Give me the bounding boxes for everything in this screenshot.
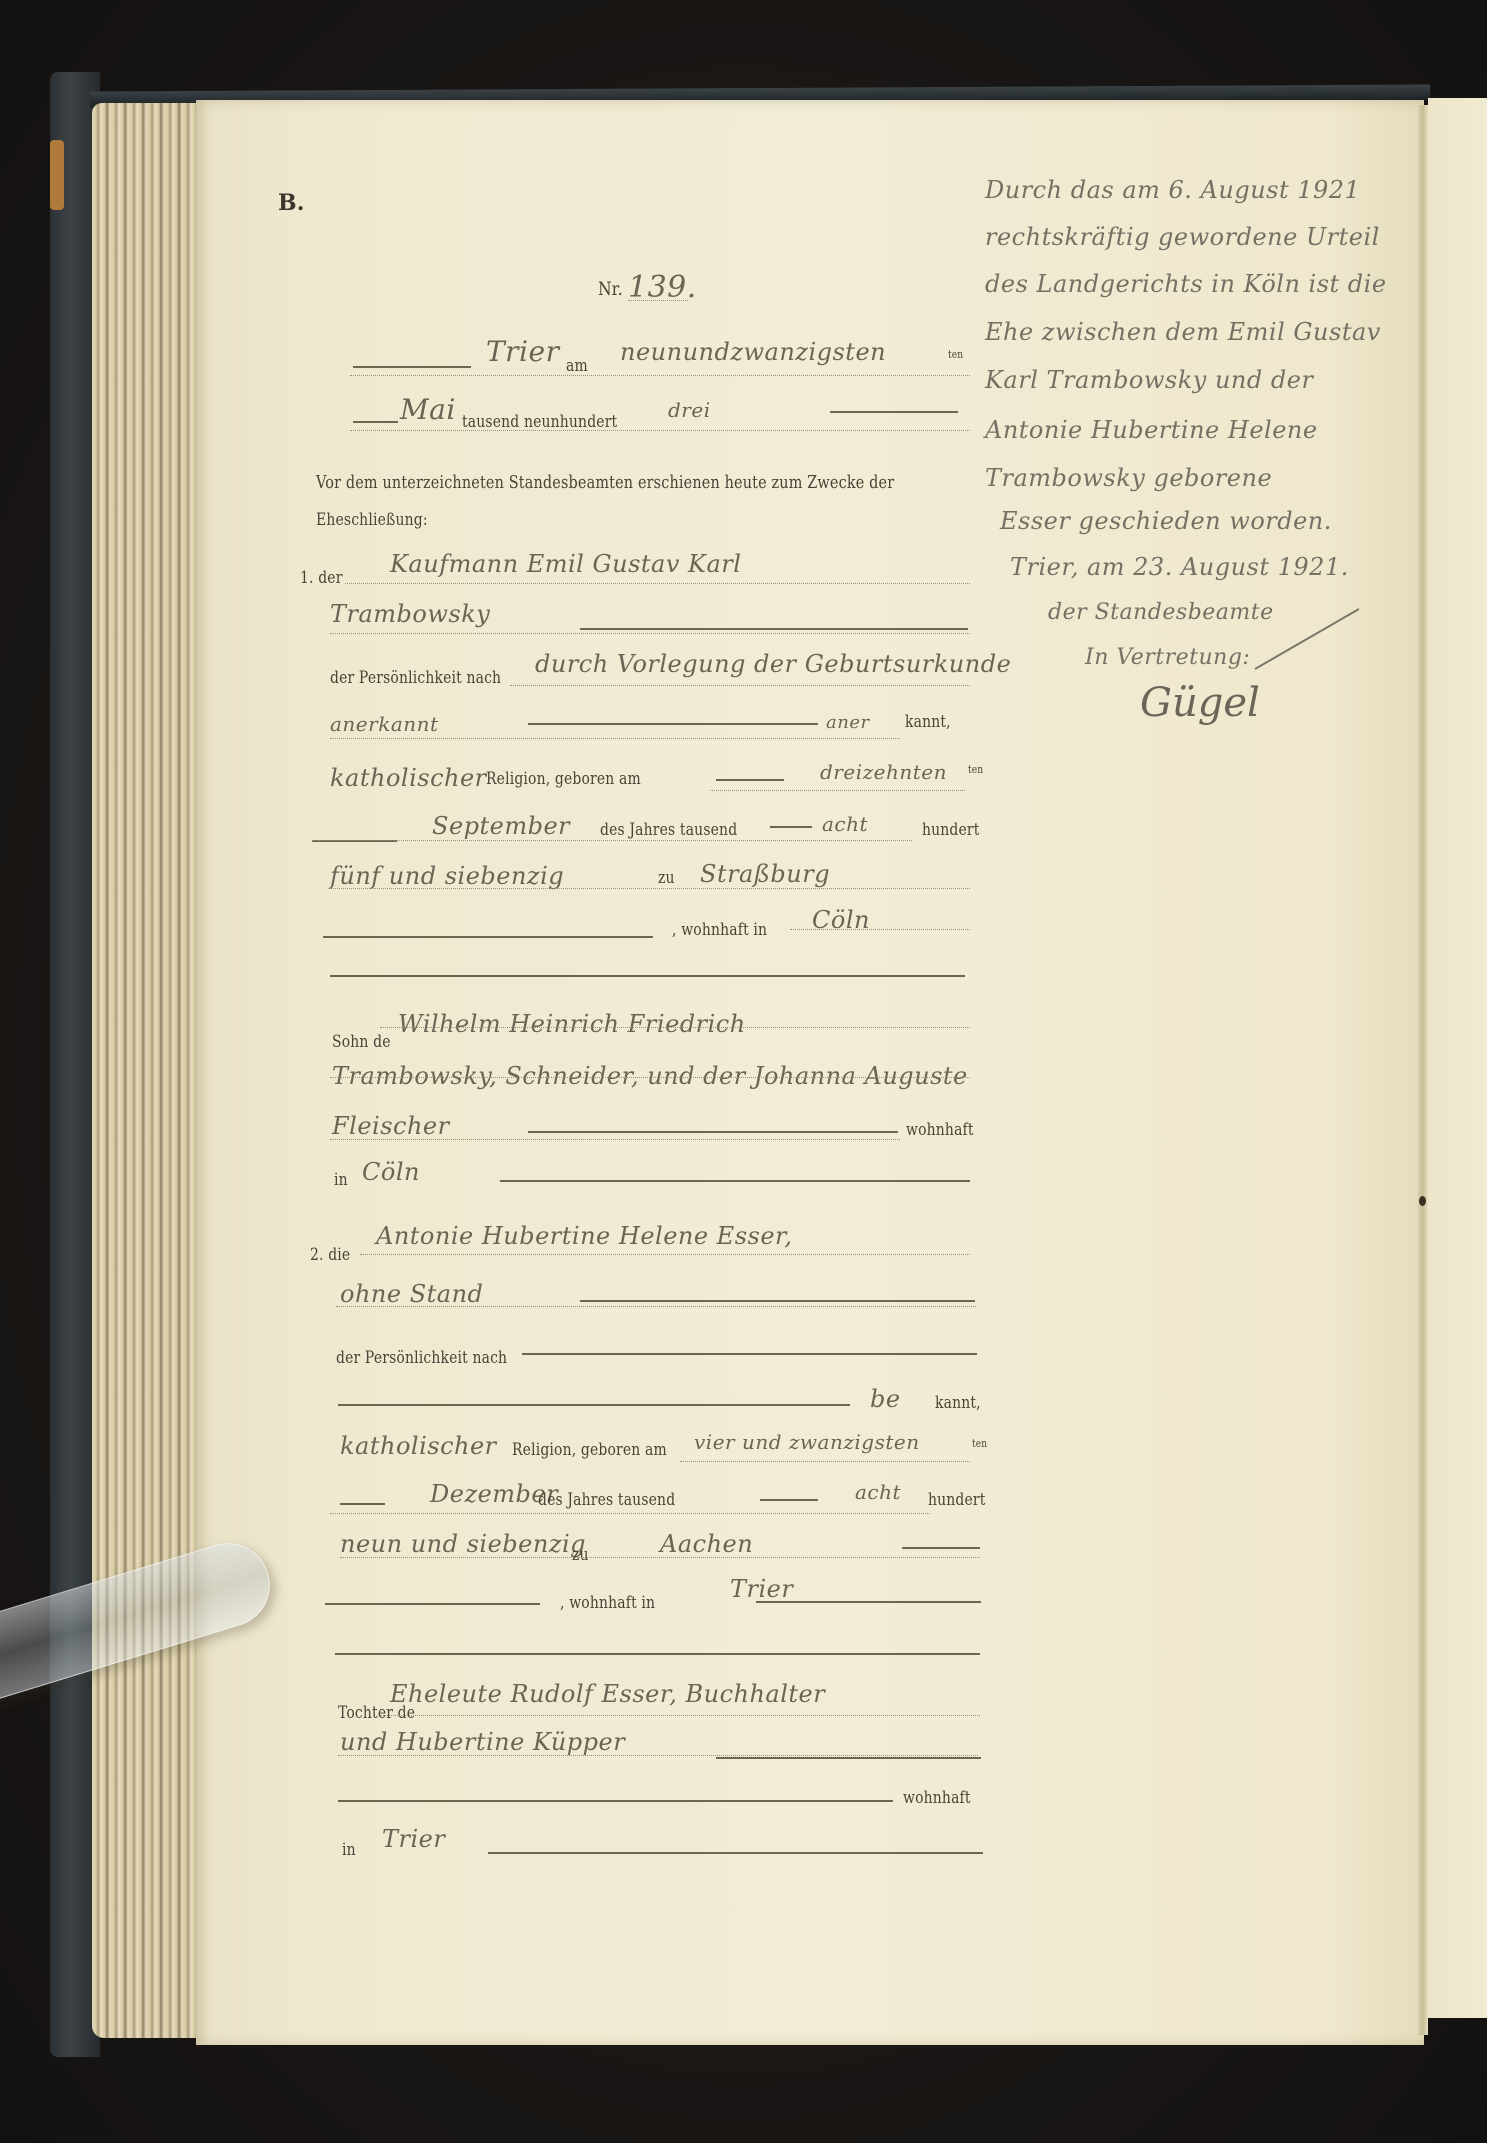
person1-parents-line-3: Fleischer	[332, 1112, 450, 1140]
person2-parents-residence-label: wohnhaft	[903, 1788, 971, 1808]
person1-name-line-1: Kaufmann Emil Gustav Karl	[390, 550, 741, 578]
person2-identity-fill-1	[522, 1353, 977, 1355]
person1-hundred-label: hundert	[922, 820, 980, 840]
person2-in-label: in	[342, 1840, 356, 1860]
intro-line-2: Eheschließung:	[316, 510, 428, 530]
margin-note-line-9: Trier, am 23. August 1921.	[1010, 553, 1349, 581]
person1-parents-residence: Cöln	[362, 1158, 420, 1186]
margin-note-line-7: Trambowsky geborene	[985, 464, 1272, 492]
person1-century-fill	[770, 826, 812, 828]
person1-residence-fill-2	[330, 975, 965, 977]
margin-note-line-10: der Standesbeamte	[1048, 600, 1274, 625]
person1-number-label: 1. der	[300, 568, 343, 588]
person1-residence-label: , wohnhaft in	[672, 920, 767, 940]
person2-parents-line-1: Eheleute Rudolf Esser, Buchhalter	[390, 1680, 825, 1708]
person1-parents-line-1: Wilhelm Heinrich Friedrich	[398, 1010, 746, 1038]
person1-in-label: in	[334, 1170, 348, 1190]
person1-identity-label: der Persönlichkeit nach	[330, 668, 501, 688]
person1-residence-fill	[323, 936, 653, 938]
person2-identity-fill-2	[338, 1404, 850, 1406]
person1-religion: katholischer	[330, 764, 487, 792]
margin-note-line-11: In Vertretung:	[1085, 645, 1250, 670]
person2-month-fill	[340, 1503, 385, 1505]
person1-identity-rule-2	[330, 738, 900, 739]
person1-parents-rule-1	[380, 1027, 970, 1028]
header-year-label: tausend neunhundert	[462, 412, 617, 432]
person2-name-line-1: Antonie Hubertine Helene Esser,	[376, 1222, 793, 1250]
person1-identity-fill	[528, 723, 818, 725]
header-line-fill-2	[353, 421, 398, 423]
margin-note-line-1: Durch das am 6. August 1921	[985, 176, 1360, 204]
person2-residence-label: , wohnhaft in	[560, 1593, 655, 1613]
person2-birth-year-words: neun und siebenzig	[340, 1530, 586, 1558]
person2-birthplace-rule	[340, 1557, 980, 1558]
person1-parents-residence-label: wohnhaft	[906, 1120, 974, 1140]
person2-name-rule-2	[336, 1306, 976, 1307]
section-letter: B.	[278, 190, 305, 216]
person1-parents-fill	[528, 1131, 898, 1133]
person1-ten-suffix: ten	[968, 763, 983, 776]
margin-note-line-8: Esser geschieden worden.	[1000, 507, 1332, 535]
person1-identity-line-1: durch Vorlegung der Geburtsurkunde	[535, 650, 1011, 678]
person2-name-rule-1	[360, 1254, 970, 1255]
person1-known-label: kannt,	[905, 712, 951, 732]
person2-identity-label: der Persönlichkeit nach	[336, 1348, 507, 1368]
person1-parents-residence-fill	[500, 1180, 970, 1182]
header-line-1	[350, 375, 970, 376]
header-line-fill-3	[830, 411, 958, 413]
header-month: Mai	[400, 393, 456, 426]
book-cover-damage	[50, 140, 64, 210]
margin-note-line-6: Antonie Hubertine Helene	[985, 416, 1318, 444]
intro-line-1: Vor dem unterzeichneten Standesbeamten e…	[316, 472, 894, 493]
book-gutter	[1418, 105, 1428, 2035]
header-am-label: am	[566, 356, 588, 376]
stacked-page-edges	[92, 103, 202, 2038]
person2-identity-suffix: be	[870, 1385, 901, 1413]
person1-century: acht	[822, 812, 868, 836]
header-line-2	[350, 430, 970, 431]
person1-religion-label: Religion, geboren am	[486, 769, 641, 789]
person1-name-line-2: Trambowsky	[330, 600, 490, 628]
person1-residence-rule	[790, 929, 970, 930]
person2-religion: katholischer	[340, 1432, 497, 1460]
gutter-stain	[1419, 1196, 1426, 1206]
person2-zu-label: zu	[572, 1545, 589, 1565]
person1-parents-rule-3	[330, 1139, 900, 1140]
person2-birthplace-fill	[902, 1547, 980, 1549]
person2-name-line-2: ohne Stand	[340, 1280, 483, 1308]
person2-residence: Trier	[730, 1575, 793, 1603]
person2-parents-fill-2	[338, 1800, 893, 1802]
margin-note-line-4: Ehe zwischen dem Emil Gustav	[985, 318, 1381, 346]
person1-birthday-fill	[716, 779, 784, 781]
person1-year-label: des Jahres tausend	[600, 820, 737, 840]
person2-name-fill	[580, 1300, 975, 1302]
margin-note-line-2: rechtskräftig gewordene Urteil	[985, 223, 1380, 251]
person1-parents-rule-2	[330, 1077, 970, 1078]
person2-year-label: des Jahres tausend	[538, 1490, 675, 1510]
person1-name-line-1-rule	[345, 583, 970, 584]
person1-identity-suffix: aner	[826, 712, 870, 733]
person2-known-label: kannt,	[935, 1393, 981, 1413]
margin-note-line-5: Karl Trambowsky und der	[985, 366, 1313, 394]
header-line-fill-1	[353, 366, 471, 368]
person1-parents-label: Sohn de	[332, 1032, 391, 1052]
person1-identity-rule-1	[510, 685, 970, 686]
person2-parents-line-2: und Hubertine Küpper	[340, 1728, 625, 1756]
header-year: drei	[668, 398, 711, 422]
person1-birthplace: Straßburg	[700, 860, 830, 888]
person2-hundred-label: hundert	[928, 1490, 986, 1510]
record-number-line	[628, 300, 688, 301]
person2-parents-rule-2	[338, 1755, 978, 1756]
person2-parents-residence-fill	[488, 1852, 983, 1854]
person2-residence-fill-2	[756, 1601, 981, 1603]
person1-name-line-2-rule	[330, 633, 970, 634]
person1-parents-line-2: Trambowsky, Schneider, und der Johanna A…	[332, 1062, 968, 1090]
person1-birth-year-words: fünf und siebenzig	[330, 862, 564, 890]
record-number-label: Nr.	[598, 278, 623, 300]
person2-ten-suffix: ten	[972, 1437, 987, 1450]
header-day: neunundzwanzigsten	[620, 338, 886, 366]
person2-religion-label: Religion, geboren am	[512, 1440, 667, 1460]
person2-parents-residence: Trier	[382, 1825, 445, 1853]
person2-residence-fill	[325, 1603, 540, 1605]
person1-name-fill	[580, 628, 968, 630]
person2-year-rule	[330, 1513, 930, 1514]
person2-parents-fill	[716, 1757, 981, 1759]
person1-birthday-rule	[710, 790, 965, 791]
person2-number-label: 2. die	[310, 1245, 350, 1265]
person2-birth-day: vier und zwanzigsten	[694, 1430, 920, 1454]
margin-note-line-3: des Landgerichts in Köln ist die	[985, 270, 1387, 298]
facing-page-edge	[1428, 98, 1487, 2018]
person1-zu-label: zu	[658, 868, 675, 888]
person1-identity-line-2: anerkannt	[330, 712, 439, 736]
person1-birthplace-rule	[330, 888, 970, 889]
header-place: Trier	[486, 335, 559, 368]
person2-residence-fill-3	[335, 1653, 980, 1655]
person2-birthday-rule	[680, 1461, 970, 1462]
person2-birthplace: Aachen	[660, 1530, 753, 1558]
person2-century-fill	[760, 1499, 818, 1501]
header-ten-suffix: ten	[948, 348, 963, 361]
person2-century: acht	[855, 1480, 901, 1504]
person1-birth-day: dreizehnten	[820, 760, 947, 784]
person1-birth-month: September	[432, 812, 570, 840]
registrar-signature: Gügel	[1140, 680, 1260, 726]
person2-parents-rule-1	[380, 1715, 980, 1716]
person1-year-rule	[312, 840, 912, 841]
